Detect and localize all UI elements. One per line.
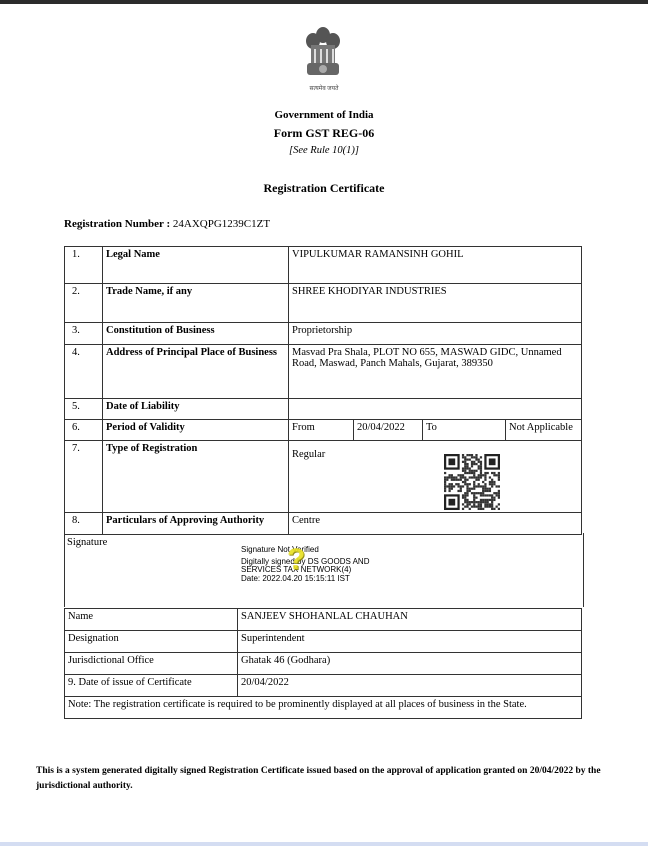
viewer-top-bar — [0, 0, 648, 4]
row-number: 3. — [65, 323, 103, 345]
row-label: Trade Name, if any — [103, 284, 289, 323]
registration-number: Registration Number : 24AXQPG1239C1ZT — [64, 218, 270, 230]
address-value: Masvad Pra Shala, PLOT NO 655, MASWAD GI… — [289, 345, 582, 399]
constitution-value: Proprietorship — [289, 323, 582, 345]
validity-to-label: To — [423, 420, 506, 441]
display-note: Note: The registration certificate is re… — [65, 697, 582, 719]
table-row: 7. Type of Registration Regular — [65, 441, 582, 513]
table-row: 1. Legal Name VIPULKUMAR RAMANSINH GOHIL — [65, 247, 582, 284]
table-row: 9. Date of issue of Certificate 20/04/20… — [65, 675, 582, 697]
row-number: 2. — [65, 284, 103, 323]
table-row: 8. Particulars of Approving Authority Ce… — [65, 513, 582, 535]
registration-type-cell: Regular — [289, 441, 582, 513]
row-number: 8. — [65, 513, 103, 535]
signature-block: Signature Signature Not Verified Digital… — [64, 533, 584, 607]
registration-number-label: Registration Number : — [64, 218, 170, 230]
approving-authority-value: Centre — [289, 513, 582, 535]
row-number: 7. — [65, 441, 103, 513]
legal-name-value: VIPULKUMAR RAMANSINH GOHIL — [289, 247, 582, 284]
row-number: 6. — [65, 420, 103, 441]
table-row: 3. Constitution of Business Proprietorsh… — [65, 323, 582, 345]
viewer-bottom-bar — [0, 842, 648, 846]
table-row: 2. Trade Name, if any SHREE KHODIYAR IND… — [65, 284, 582, 323]
validity-from-value: 20/04/2022 — [354, 420, 423, 441]
table-row: Note: The registration certificate is re… — [65, 697, 582, 719]
row-label: Date of Liability — [103, 399, 289, 420]
issuer-heading: Government of India — [0, 109, 648, 121]
table-row: 6. Period of Validity From 20/04/2022 To… — [65, 420, 582, 441]
table-row: Jurisdictional Office Ghatak 46 (Godhara… — [65, 653, 582, 675]
table-row: Name SANJEEV SHOHANLAL CHAUHAN — [65, 609, 582, 631]
trade-name-value: SHREE KHODIYAR INDUSTRIES — [289, 284, 582, 323]
table-row: 5. Date of Liability — [65, 399, 582, 420]
officer-label: 9. Date of issue of Certificate — [65, 675, 238, 697]
registration-type-value: Regular — [292, 449, 578, 460]
jurisdictional-office-value: Ghatak 46 (Godhara) — [238, 653, 582, 675]
date-of-liability-value — [289, 399, 582, 420]
qr-code-icon — [444, 454, 500, 510]
certificate-title: Registration Certificate — [0, 181, 648, 196]
issue-date-value: 20/04/2022 — [238, 675, 582, 697]
officer-label: Name — [65, 609, 238, 631]
row-label: Period of Validity — [103, 420, 289, 441]
row-label: Constitution of Business — [103, 323, 289, 345]
table-row: Designation Superintendent — [65, 631, 582, 653]
officer-details-table: Name SANJEEV SHOHANLAL CHAUHAN Designati… — [64, 608, 582, 719]
signature-label: Signature — [67, 537, 107, 548]
row-label: Legal Name — [103, 247, 289, 284]
rule-reference: [See Rule 10(1)] — [0, 145, 648, 156]
registration-number-value: 24AXQPG1239C1ZT — [173, 218, 270, 230]
validity-to-value: Not Applicable — [506, 420, 582, 441]
row-label: Address of Principal Place of Business — [103, 345, 289, 399]
officer-label: Designation — [65, 631, 238, 653]
system-generated-footer: This is a system generated digitally sig… — [36, 764, 616, 794]
registration-details-table: 1. Legal Name VIPULKUMAR RAMANSINH GOHIL… — [64, 246, 582, 535]
row-label: Particulars of Approving Authority — [103, 513, 289, 535]
row-number: 1. — [65, 247, 103, 284]
row-number: 4. — [65, 345, 103, 399]
form-title: Form GST REG-06 — [0, 126, 648, 141]
row-label: Type of Registration — [103, 441, 289, 513]
officer-name-value: SANJEEV SHOHANLAL CHAUHAN — [238, 609, 582, 631]
emblem-motto: सत्यमेव जयते — [0, 84, 648, 92]
designation-value: Superintendent — [238, 631, 582, 653]
question-mark-icon: ? — [287, 543, 305, 577]
validity-from-label: From — [289, 420, 354, 441]
officer-label: Jurisdictional Office — [65, 653, 238, 675]
table-row: 4. Address of Principal Place of Busines… — [65, 345, 582, 399]
row-number: 5. — [65, 399, 103, 420]
emblem-icon — [303, 25, 343, 89]
